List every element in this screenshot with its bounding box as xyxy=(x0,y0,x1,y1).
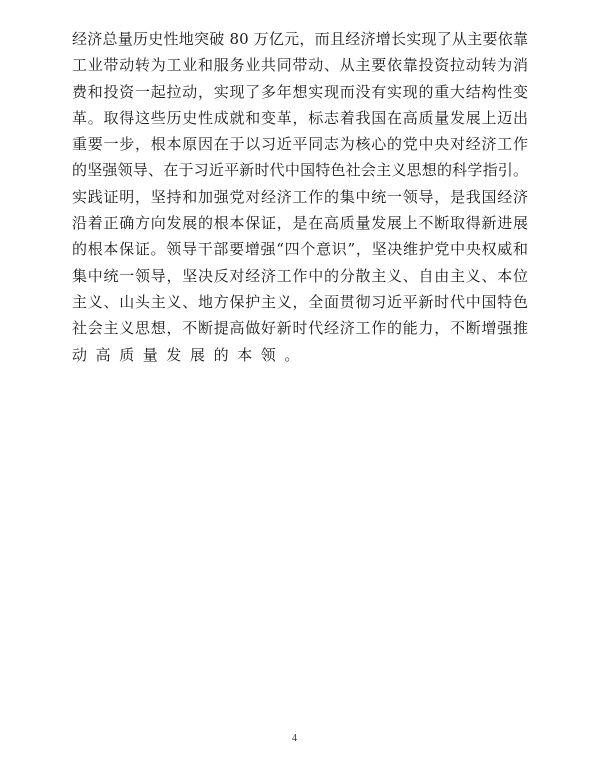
text-line: 费和投资一起拉动，实现了多年想实现而没有实现的重大结构性变 xyxy=(72,79,528,105)
text-line: 主义、山头主义、地方保护主义，全面贯彻习近平新时代中国特色 xyxy=(72,289,528,315)
text-line: 经济总量历史性地突破 80 万亿元，而且经济增长实现了从主要依靠 xyxy=(72,26,528,52)
text-line: 社会主义思想，不断提高做好新时代经济工作的能力，不断增强推 xyxy=(72,315,528,341)
text-line: 工业带动转为工业和服务业共同带动、从主要依靠投资拉动转为消 xyxy=(72,52,528,78)
document-page: 经济总量历史性地突破 80 万亿元，而且经济增长实现了从主要依靠 工业带动转为工… xyxy=(0,0,589,776)
text-line: 的根本保证。领导干部要增强“四个意识”，坚决维护党中央权威和 xyxy=(72,236,528,262)
text-line: 重要一步，根本原因在于以习近平同志为核心的党中央对经济工作 xyxy=(72,131,528,157)
text-line: 集中统一领导，坚决反对经济工作中的分散主义、自由主义、本位 xyxy=(72,263,528,289)
text-line: 实践证明，坚持和加强党对经济工作的集中统一领导，是我国经济 xyxy=(72,184,528,210)
text-line: 革。取得这些历史性成就和变革，标志着我国在高质量发展上迈出 xyxy=(72,105,528,131)
body-paragraph: 经济总量历史性地突破 80 万亿元，而且经济增长实现了从主要依靠 工业带动转为工… xyxy=(72,26,528,368)
page-number: 4 xyxy=(0,733,589,744)
text-line: 动高质量发展的本领。 xyxy=(72,342,528,368)
text-line: 沿着正确方向发展的根本保证，是在高质量发展上不断取得新进展 xyxy=(72,210,528,236)
text-line: 的坚强领导、在于习近平新时代中国特色社会主义思想的科学指引。 xyxy=(72,157,528,183)
